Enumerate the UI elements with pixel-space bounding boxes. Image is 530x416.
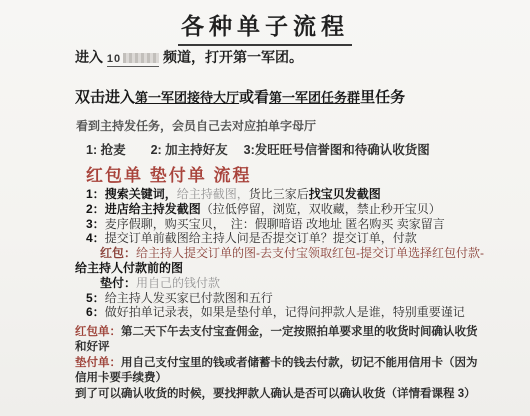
channel-number-visible: 10	[107, 53, 121, 65]
list-item-3: 3：麦序假聊，购买宝贝， 注：假聊暗语 改地址 匿名购买 卖家留言	[75, 217, 520, 232]
note-label: 红包单：	[75, 326, 121, 338]
text-segment: 给主持人发买家已付款图和五行	[105, 291, 273, 305]
text-segment: （拉低停留，浏览，双收藏，禁止秒开宝贝）	[201, 202, 441, 216]
list-item-6: 6：做好拍单记录表，如果是垫付单，记得问押款人是谁，特别重要谨记	[75, 305, 520, 320]
text-segment: 里任务	[360, 89, 405, 106]
underlined-group-name: 第一军团任务群	[269, 90, 360, 105]
item-number: 1：	[86, 187, 105, 201]
item-number: 5：	[86, 291, 105, 305]
text-segment-muted: 用自己的钱付款	[136, 276, 220, 290]
page-title: 各种单子流程	[178, 8, 352, 46]
list-item-2: 2：进店给主持发截图（拉低停留，浏览，双收藏，禁止秒开宝贝）	[75, 202, 520, 217]
text-segment: 给主持人提交订单的图-去支付宝领取红包-提交订单选择红包付款-	[136, 246, 484, 260]
document-page: 各种单子流程 进入 10 频道，打开第一军团。 双击进入第一军团接待大厅或看第一…	[0, 0, 530, 416]
dianfu-note: 垫付：用自己的钱付款	[75, 276, 520, 291]
footer-notes: 红包单：第二天下午去支付宝查佣金，一定按照拍单要求里的收货时间确认收货和好评 垫…	[75, 325, 479, 404]
section-heading: 红包单 垫付单 流程	[86, 161, 251, 186]
double-click-line: 双击进入第一军团接待大厅或看第一军团任务群里任务	[75, 86, 405, 107]
item-number: 2：	[86, 202, 105, 216]
text-segment: 找宝贝发截图	[309, 187, 381, 201]
redacted-blur-box	[123, 53, 159, 63]
hongbao-dan-note: 红包单：第二天下午去支付宝查佣金，一定按照拍单要求里的收货时间确认收货和好评	[75, 325, 479, 354]
text-segment: 麦序假聊，购买宝贝， 注：假聊暗语 改地址 匿名购买 卖家留言	[105, 217, 445, 231]
list-item-1: 1：搜索关键词，给主持截图，货比三家后找宝贝发截图	[75, 187, 520, 202]
intro-line: 进入 10 频道，打开第一军团。	[75, 47, 303, 67]
item-number: 3：	[86, 217, 105, 231]
text-segment-muted: 给主持截图，	[177, 187, 249, 201]
underlined-hall-name: 第一军团接待大厅	[135, 90, 239, 105]
list-item-4: 4：提交订单前截图给主持人问是否提交订单？提交订单，付款	[75, 231, 520, 246]
title-row: 各种单子流程	[0, 8, 530, 46]
channel-number: 10	[107, 50, 159, 67]
text-segment: 第二天下午去支付宝查佣金，一定按照拍单要求里的收货时间确认收货和好评	[75, 326, 478, 353]
text-segment: 搜索关键词，	[105, 187, 177, 201]
note-label: 红包：	[100, 246, 136, 260]
process-list: 1：搜索关键词，给主持截图，货比三家后找宝贝发截图 2：进店给主持发截图（拉低停…	[75, 187, 520, 320]
hongbao-note-continuation: 给主持人付款前的图	[75, 261, 520, 276]
confirm-receipt-note: 到了可以确认收货的时候，要找押款人确认是否可以确认收货（详情看课程 3）	[75, 387, 479, 402]
item-number: 4：	[86, 231, 105, 245]
member-steps-line: 1: 抢麦 2: 加主持好友 3:发旺旺号信誉图和待确认收货图	[86, 140, 430, 158]
text-segment: 货比三家后	[249, 187, 309, 201]
notice-line: 看到主持发任务，会员自己去对应拍单字母厅	[76, 117, 316, 134]
intro-text-post: 频道，打开第一军团。	[159, 49, 303, 65]
text-segment: 提交订单前截图给主持人问是否提交订单？提交订单，付款	[105, 231, 417, 245]
note-label: 垫付：	[100, 276, 136, 290]
dianfu-dan-note: 垫付单：用自己支付宝里的钱或者储蓄卡的钱去付款，切记不能用信用卡（因为信用卡要手…	[75, 356, 479, 385]
text-segment: 做好拍单记录表，如果是垫付单，记得问押款人是谁，特别重要谨记	[105, 305, 465, 319]
hongbao-note: 红包：给主持人提交订单的图-去支付宝领取红包-提交订单选择红包付款-	[75, 246, 520, 261]
text-segment: 进店给主持发截图	[105, 202, 201, 216]
list-item-5: 5：给主持人发买家已付款图和五行	[75, 291, 520, 306]
text-segment: 用自己支付宝里的钱或者储蓄卡的钱去付款，切记不能用信用卡（因为信用卡要手续费）	[75, 357, 478, 384]
intro-text-pre: 进入	[75, 49, 107, 65]
note-label: 垫付单：	[75, 357, 121, 369]
text-segment: 或看	[239, 89, 269, 106]
item-number: 6：	[86, 305, 105, 319]
text-segment: 双击进入	[75, 89, 135, 106]
